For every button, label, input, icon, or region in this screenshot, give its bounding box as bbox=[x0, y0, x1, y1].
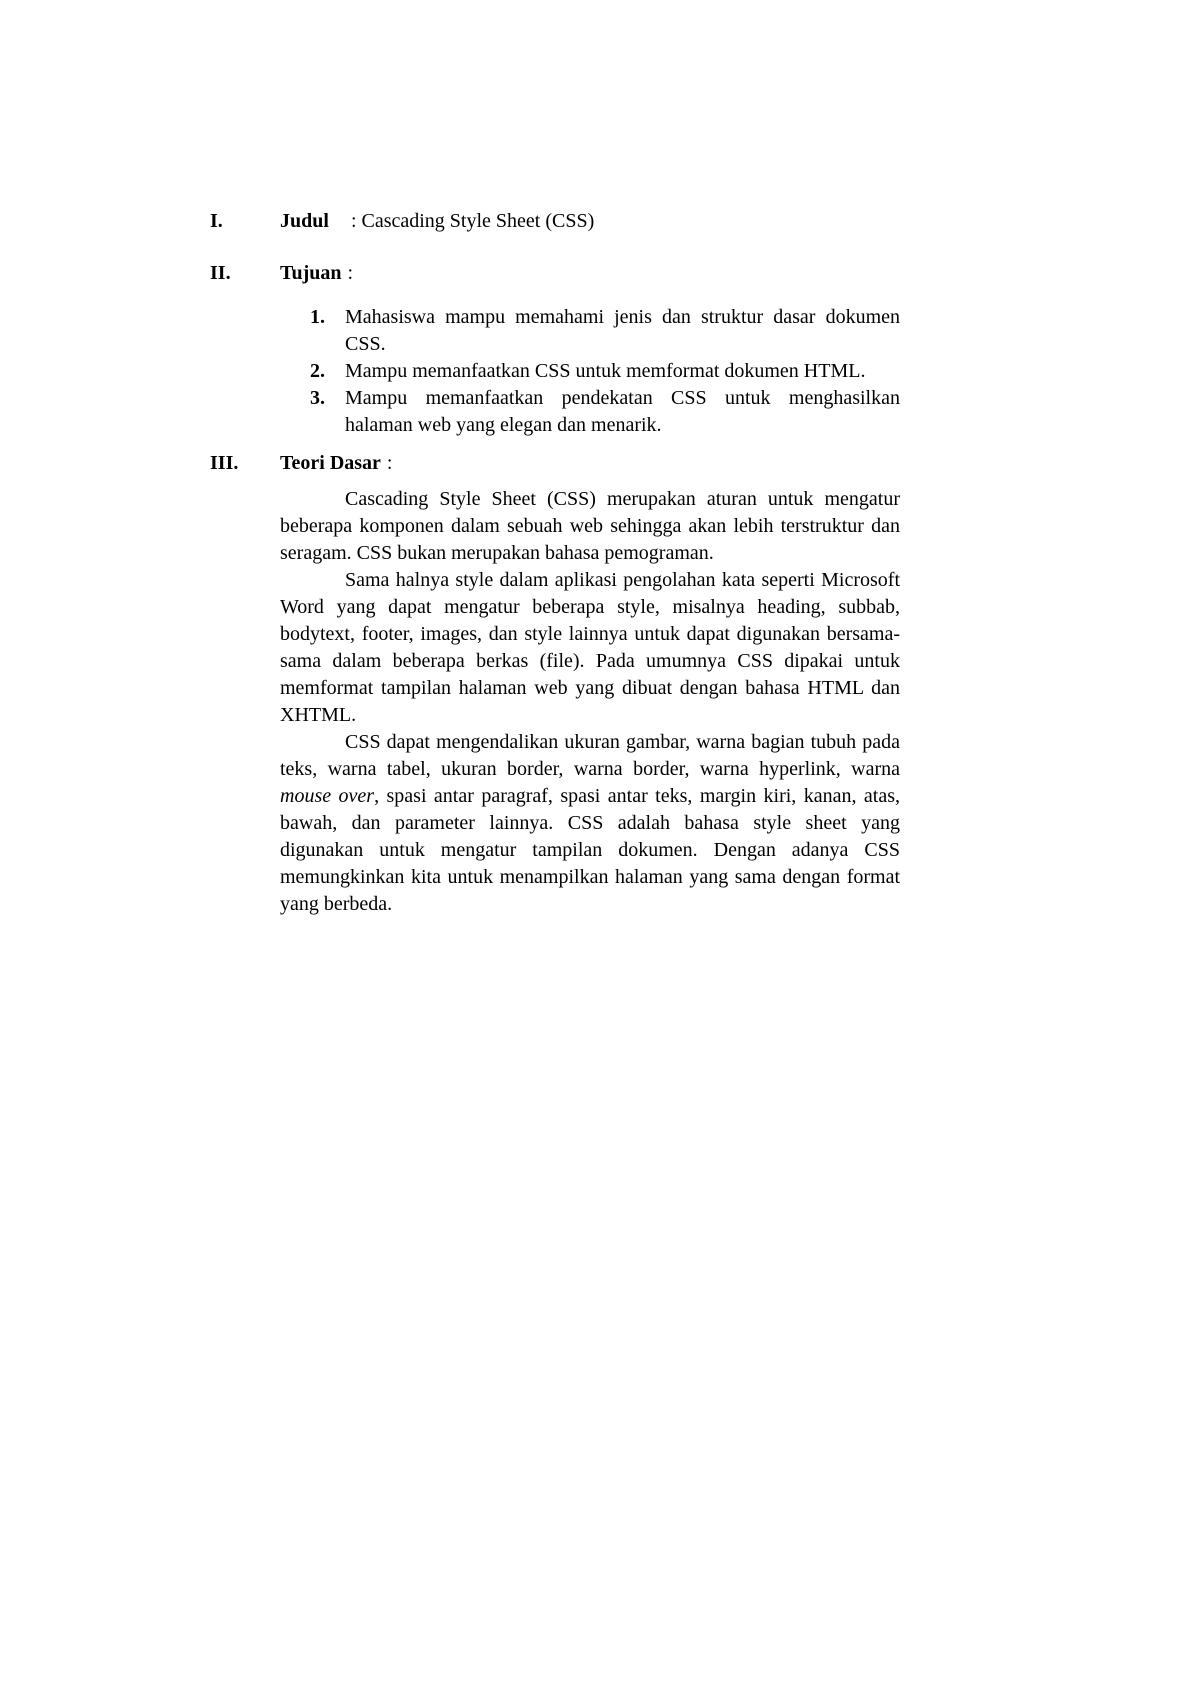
section-tujuan-label: Tujuan bbox=[280, 262, 342, 284]
list-item-number: 2. bbox=[310, 358, 345, 385]
theory-paragraph-3-italic: mouse over bbox=[280, 785, 374, 807]
list-item-number: 1. bbox=[310, 304, 345, 331]
objectives-list: 1. Mahasiswa mampu memahami jenis dan st… bbox=[310, 304, 900, 439]
section-judul-value: : Cascading Style Sheet (CSS) bbox=[351, 210, 594, 232]
list-item-text: Mampu memanfaatkan pendekatan CSS untuk … bbox=[345, 385, 900, 439]
theory-paragraph-2: Sama halnya style dalam aplikasi pengola… bbox=[280, 567, 900, 729]
section-judul-row: I. Judul: Cascading Style Sheet (CSS) bbox=[210, 208, 900, 235]
theory-paragraph-3: CSS dapat mengendalikan ukuran gambar, w… bbox=[280, 729, 900, 918]
document-page: I. Judul: Cascading Style Sheet (CSS) II… bbox=[0, 0, 1200, 1698]
theory-body: Cascading Style Sheet (CSS) merupakan at… bbox=[280, 486, 900, 918]
section-tujuan-heading: Tujuan: bbox=[280, 260, 353, 287]
list-item-text: Mahasiswa mampu memahami jenis dan struk… bbox=[345, 304, 900, 358]
section-tujuan-row: II. Tujuan: bbox=[210, 260, 900, 287]
section-judul-label: Judul bbox=[280, 210, 329, 232]
section-teori-heading: Teori Dasar: bbox=[280, 450, 392, 477]
section-judul-heading: Judul: Cascading Style Sheet (CSS) bbox=[280, 208, 594, 235]
section-teori-label: Teori Dasar bbox=[280, 452, 381, 474]
theory-paragraph-1: Cascading Style Sheet (CSS) merupakan at… bbox=[280, 486, 900, 567]
section-teori-colon: : bbox=[387, 452, 393, 474]
list-item: 3. Mampu memanfaatkan pendekatan CSS unt… bbox=[310, 385, 900, 439]
list-item-number: 3. bbox=[310, 385, 345, 412]
section-tujuan-colon: : bbox=[348, 262, 354, 284]
list-item-text: Mampu memanfaatkan CSS untuk memformat d… bbox=[345, 358, 900, 385]
section-teori-row: III. Teori Dasar: bbox=[210, 450, 900, 477]
list-item: 2. Mampu memanfaatkan CSS untuk memforma… bbox=[310, 358, 900, 385]
list-item: 1. Mahasiswa mampu memahami jenis dan st… bbox=[310, 304, 900, 358]
section-judul-numeral: I. bbox=[210, 208, 280, 235]
theory-paragraph-3-before: CSS dapat mengendalikan ukuran gambar, w… bbox=[280, 731, 900, 780]
section-teori-numeral: III. bbox=[210, 450, 280, 477]
section-tujuan-numeral: II. bbox=[210, 260, 280, 287]
